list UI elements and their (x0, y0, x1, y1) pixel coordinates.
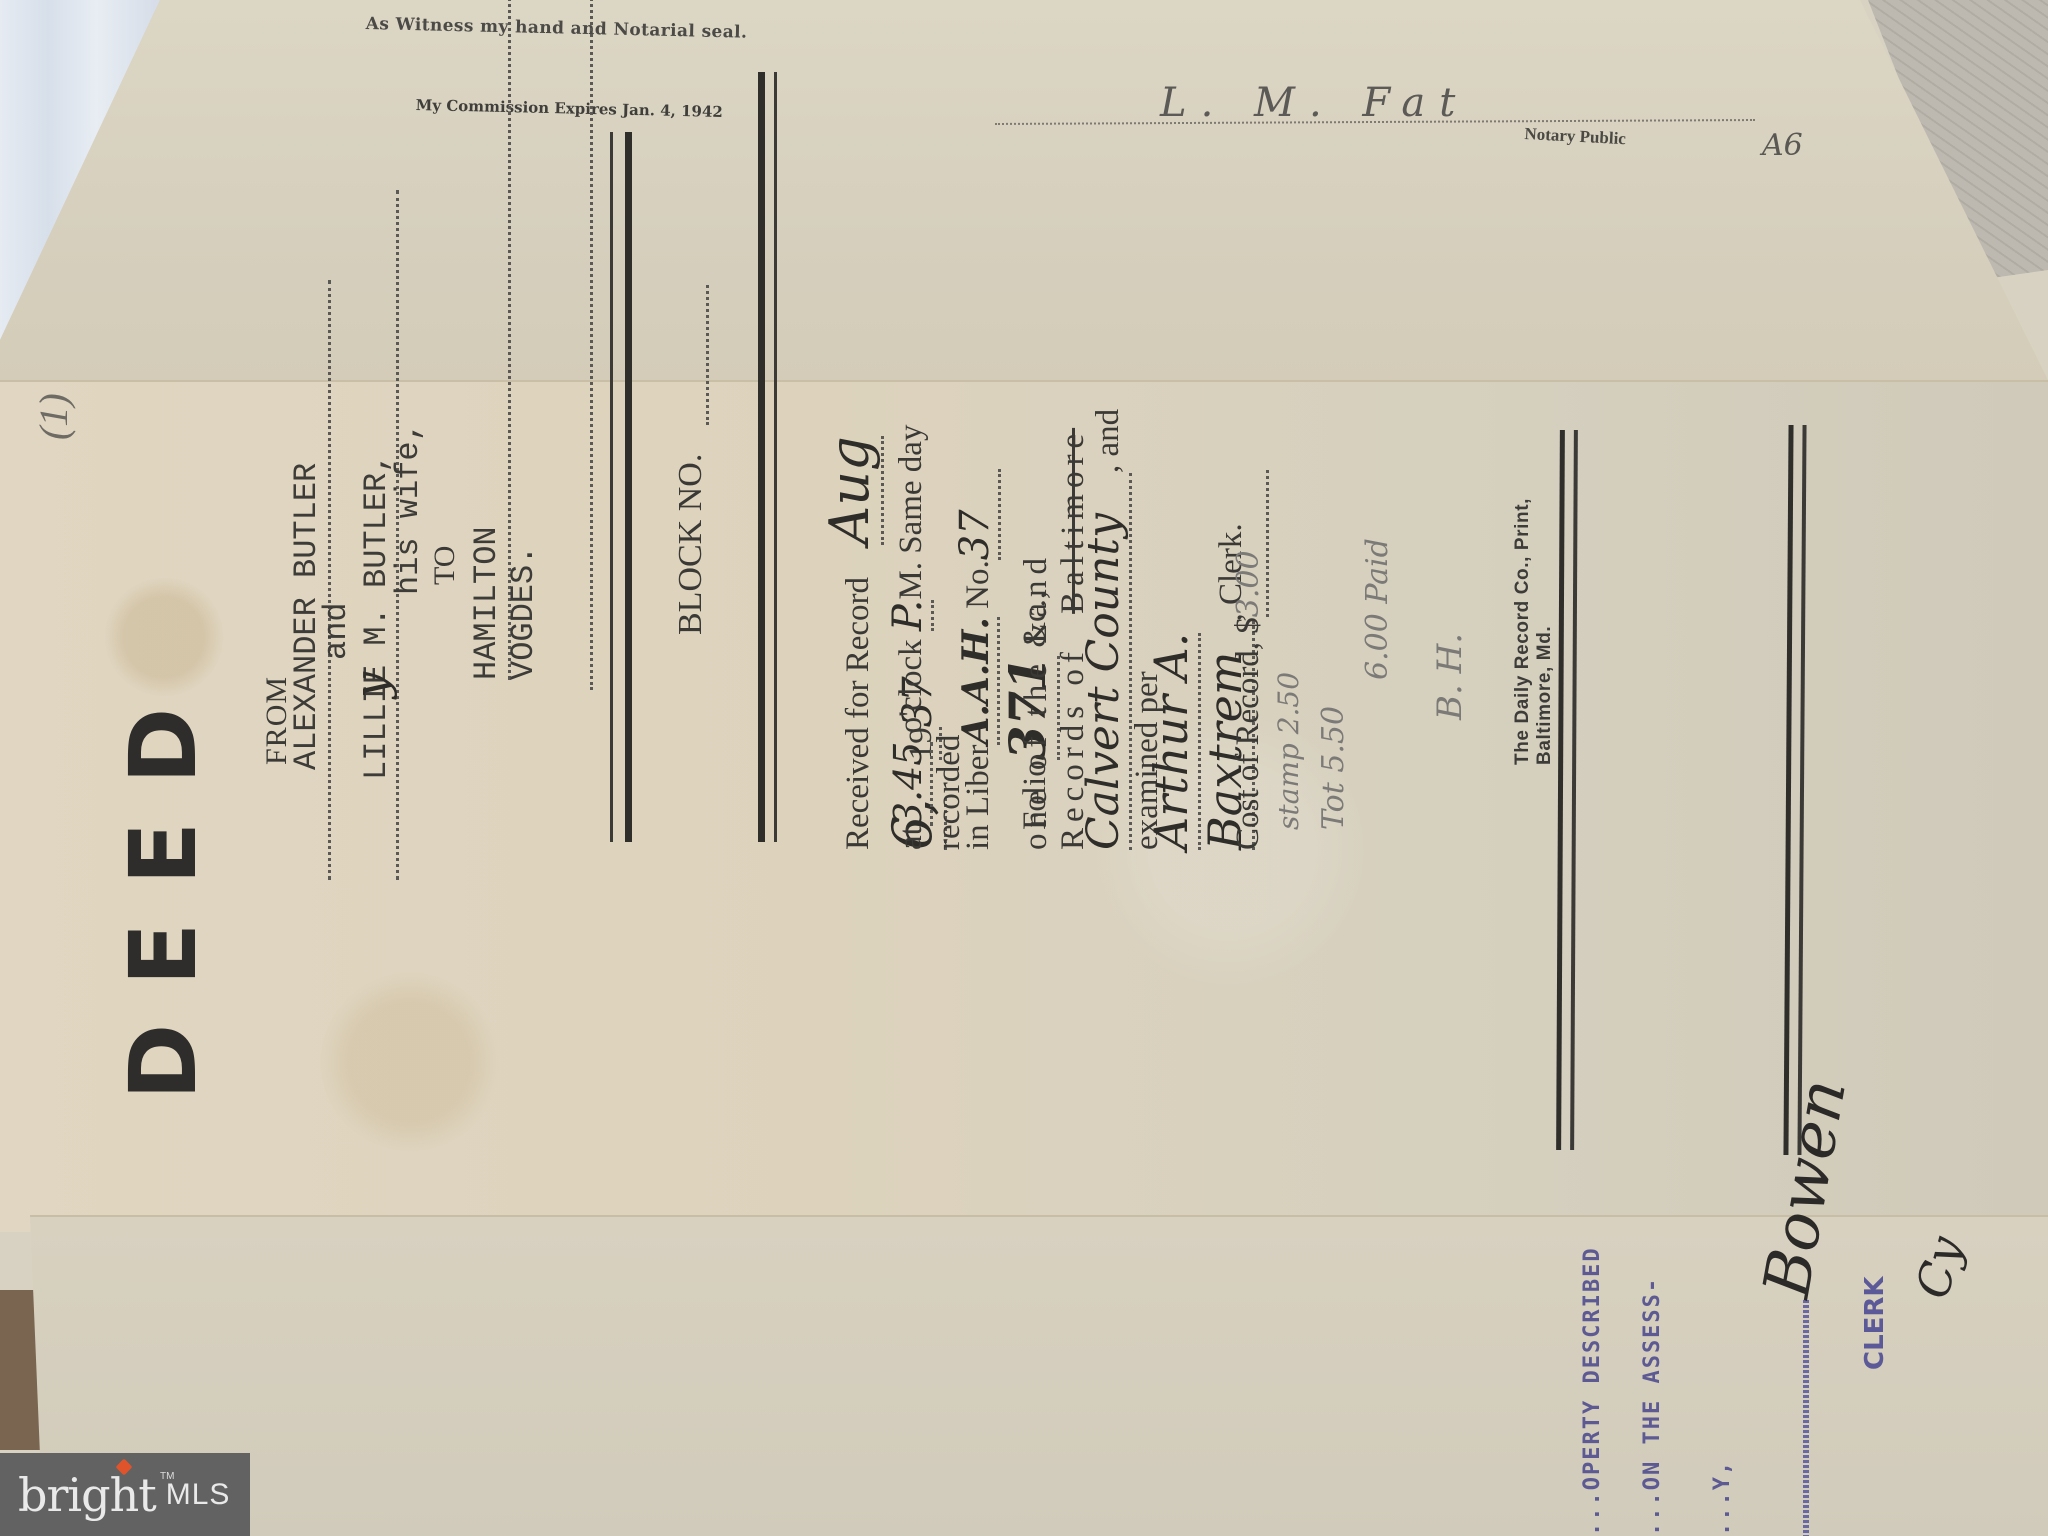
section-rule-thin (774, 72, 777, 842)
deed-form: (1) DEED FROM ALEXANDER BUTLER and LILLI… (110, 400, 1910, 1160)
section-rule (758, 72, 765, 842)
liber-value: A.A.H. (955, 617, 1000, 744)
deed-title: DEED (110, 670, 217, 1100)
watermark-suffix: MLS (166, 1478, 231, 1512)
to-label: TO (428, 546, 462, 585)
stamp-line: ...ON THE ASSESS- (1640, 1277, 1665, 1536)
paper-top-fold (0, 0, 2048, 400)
time-value: 3.45 (886, 742, 933, 827)
printer-imprint: The Daily Record Co., Print, Baltimore, … (1512, 400, 1556, 765)
paper-bottom-fold (0, 1215, 2048, 1536)
pencil-note: Tot 5.50 (1316, 706, 1351, 830)
pencil-note: stamp 2.50 (1272, 672, 1305, 830)
watermark-trademark: TM (160, 1471, 174, 1482)
stamp-signature-line (1803, 1300, 1809, 1536)
blank-line (590, 0, 593, 690)
block-number-field[interactable] (706, 285, 709, 425)
watermark-brand: bright (18, 1468, 156, 1522)
stamp-line: ...OPERTY DESCRIBED (1580, 1246, 1605, 1536)
grantor-1-line (328, 280, 331, 880)
section-rule (625, 132, 632, 842)
county-value: Calvert County (1078, 473, 1132, 850)
meridiem-value: P. (885, 600, 934, 632)
spouse-label: his wife, (390, 422, 427, 595)
cost-row: Cost of Record, $3.00 (1230, 470, 1267, 850)
grantor-2-correction: y (344, 672, 398, 698)
clerk-stamp-label: CLERK (1860, 1276, 1890, 1370)
pencil-note: 6.00 Paid (1360, 538, 1395, 680)
cost-value: 3.00 (1231, 470, 1269, 617)
block-number-label: BLOCK NO. (672, 454, 710, 635)
and-label: and (318, 602, 355, 660)
section-rule-thin (610, 132, 613, 842)
bright-mls-watermark: bright TM MLS (0, 1453, 250, 1536)
grantee-name: HAMILTON VOGDES. (468, 400, 542, 680)
notary-signature: L. M. Fat (1160, 80, 1469, 126)
notary-annotation: A6 (1762, 128, 1803, 163)
stamp-line: ...Y, (1710, 1460, 1735, 1536)
number-value: 37 (952, 469, 1001, 560)
count-mark: (1) (30, 0, 77, 440)
initials: B. H. (1430, 633, 1470, 720)
